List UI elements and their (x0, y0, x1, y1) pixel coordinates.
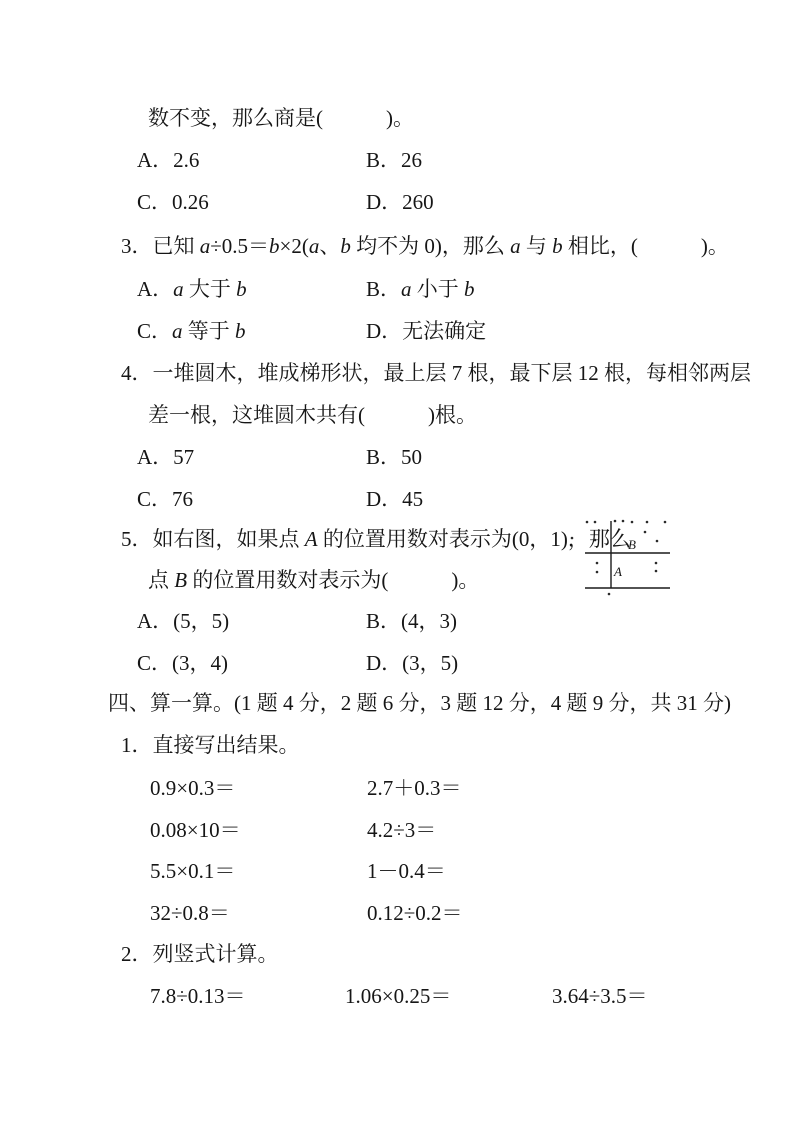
q5-option-b: B．(4，3) (366, 609, 457, 633)
q3-option-b: B．a 小于 b (366, 277, 475, 301)
calc-expression: 5.5×0.1＝ (150, 859, 235, 883)
q3-stem: 3．已知 a÷0.5＝b×2(a、b 均不为 0)，那么 a 与 b 相比，( … (121, 234, 729, 258)
q2-option-b: B．26 (366, 148, 422, 172)
q4-stem-line1: 4．一堆圆木，堆成梯形状，最上层 7 根，最下层 12 根，每相邻两层 (121, 361, 751, 385)
vertical-calc-expression: 1.06×0.25＝ (345, 984, 451, 1008)
lattice-dots (571, 520, 667, 596)
q2-continuation-text: 数不变，那么商是( )。 (148, 106, 414, 130)
section4-header: 四、算一算。(1 题 4 分，2 题 6 分，3 题 12 分，4 题 9 分，… (108, 691, 731, 715)
q3-option-d: D．无法确定 (366, 319, 486, 343)
q4-option-c: C．76 (137, 487, 193, 511)
q5-position-grid-figure: B A (570, 512, 676, 598)
q4-stem-line2: 差一根，这堆圆木共有( )根。 (148, 403, 477, 427)
point-a-label: A (613, 564, 622, 579)
calc-expression: 4.2÷3＝ (367, 818, 436, 842)
q4-option-d: D．45 (366, 487, 423, 511)
q5-option-d: D．(3，5) (366, 651, 458, 675)
exam-page: 数不变，那么商是( )。 A．2.6 B．26 C．0.26 D．260 3．已… (0, 0, 793, 1122)
q4-option-b: B．50 (366, 445, 422, 469)
calc-expression: 32÷0.8＝ (150, 901, 230, 925)
q5-stem-line1: 5．如右图，如果点 A 的位置用数对表示为(0，1)，那么 (121, 527, 631, 551)
q3-option-c: C．a 等于 b (137, 319, 246, 343)
q3-option-a: A．a 大于 b (137, 277, 247, 301)
calc-expression: 2.7＋0.3＝ (367, 776, 462, 800)
q5-option-a: A．(5，5) (137, 609, 229, 633)
section4-item1-title: 1．直接写出结果。 (121, 733, 300, 757)
q4-option-a: A．57 (137, 445, 194, 469)
section4-item2-title: 2．列竖式计算。 (121, 942, 279, 966)
q5-stem-line2: 点 B 的位置用数对表示为( )。 (148, 568, 479, 592)
vertical-calc-expression: 7.8÷0.13＝ (150, 984, 246, 1008)
calc-expression: 0.12÷0.2＝ (367, 901, 463, 925)
vertical-calc-expression: 3.64÷3.5＝ (552, 984, 648, 1008)
calc-expression: 0.08×10＝ (150, 818, 241, 842)
q5-option-c: C．(3，4) (137, 651, 228, 675)
calc-expression: 0.9×0.3＝ (150, 776, 235, 800)
calc-expression: 1－0.4＝ (367, 859, 446, 883)
point-b-label: B (628, 537, 636, 552)
q2-option-a: A．2.6 (137, 148, 199, 172)
q2-option-d: D．260 (366, 190, 434, 214)
q2-option-c: C．0.26 (137, 190, 209, 214)
